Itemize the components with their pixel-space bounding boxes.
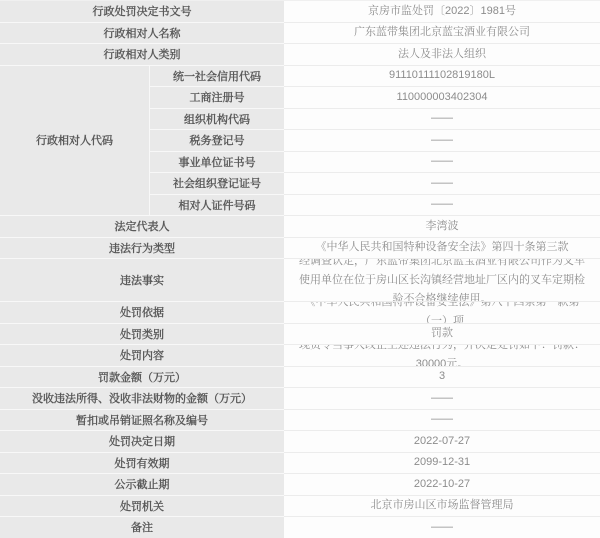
row-institution-certificate-number: 事业单位证书号 —— (150, 152, 600, 174)
field-label: 罚款金额（万元） (0, 367, 284, 389)
field-label: 行政处罚决定书文号 (0, 1, 284, 23)
field-value: 经调查认定，广东蓝带集团北京蓝宝酒业有限公司作为叉车使用单位在位于房山区长沟镇经… (284, 259, 600, 302)
field-value: 法人及非法人组织 (284, 44, 600, 66)
field-value: 110000003402304 (284, 87, 600, 109)
field-label: 处罚机关 (0, 496, 284, 518)
row-legal-representative: 法定代表人 李湾波 (0, 216, 600, 238)
field-label: 法定代表人 (0, 216, 284, 238)
row-penalty-valid-until: 处罚有效期 2099-12-31 (0, 453, 600, 475)
row-tax-registration-number: 税务登记号 —— (150, 130, 600, 152)
row-penalty-category: 处罚类别 罚款 (0, 324, 600, 346)
field-value: 91110111102819180L (284, 66, 600, 88)
row-decision-doc-number: 行政处罚决定书文号 京房市监处罚〔2022〕1981号 (0, 1, 600, 23)
party-code-section: 行政相对人代码 统一社会信用代码 91110111102819180L 工商注册… (0, 66, 600, 217)
row-unified-social-credit-code: 统一社会信用代码 91110111102819180L (150, 66, 600, 88)
field-value: 2022-07-27 (284, 431, 600, 453)
row-confiscation-amount: 没收违法所得、没收非法财物的金额（万元） —— (0, 388, 600, 410)
field-label: 事业单位证书号 (150, 152, 284, 174)
field-value: 2099-12-31 (284, 453, 600, 475)
field-value: —— (284, 109, 600, 131)
field-label: 没收违法所得、没收非法财物的金额（万元） (0, 388, 284, 410)
field-label: 行政相对人名称 (0, 23, 284, 45)
field-value: 北京市房山区市场监督管理局 (284, 496, 600, 518)
field-label: 行政相对人类别 (0, 44, 284, 66)
field-value: 2022-10-27 (284, 474, 600, 496)
field-value: 罚款 (284, 324, 600, 346)
row-social-org-registration-number: 社会组织登记证号 —— (150, 173, 600, 195)
field-value: 现责令当事人改正上述违法行为，并决定处罚如下：罚款：30000元。 (284, 345, 600, 367)
field-value: 京房市监处罚〔2022〕1981号 (284, 1, 600, 23)
field-label: 相对人证件号码 (150, 195, 284, 217)
field-label: 违法事实 (0, 259, 284, 302)
row-penalty-authority: 处罚机关 北京市房山区市场监督管理局 (0, 496, 600, 518)
penalty-info-table: 行政处罚决定书文号 京房市监处罚〔2022〕1981号 行政相对人名称 广东蓝带… (0, 0, 600, 538)
field-value: —— (284, 173, 600, 195)
row-publicity-deadline: 公示截止期 2022-10-27 (0, 474, 600, 496)
field-value: —— (284, 388, 600, 410)
field-label: 处罚决定日期 (0, 431, 284, 453)
row-organization-code: 组织机构代码 —— (150, 109, 600, 131)
field-label: 社会组织登记证号 (150, 173, 284, 195)
field-value: —— (284, 410, 600, 432)
field-label: 处罚类别 (0, 324, 284, 346)
row-party-name: 行政相对人名称 广东蓝带集团北京蓝宝酒业有限公司 (0, 23, 600, 45)
row-penalty-basis: 处罚依据 《中华人民共和国特种设备安全法》第八十四条第一款第（一）项 (0, 302, 600, 324)
row-license-suspension: 暂扣或吊销证照名称及编号 —— (0, 410, 600, 432)
field-value: —— (284, 195, 600, 217)
field-label: 税务登记号 (150, 130, 284, 152)
field-label: 备注 (0, 517, 284, 538)
field-value: —— (284, 517, 600, 538)
field-value: 李湾波 (284, 216, 600, 238)
field-label: 暂扣或吊销证照名称及编号 (0, 410, 284, 432)
field-label: 组织机构代码 (150, 109, 284, 131)
field-label: 统一社会信用代码 (150, 66, 284, 88)
row-party-id-number: 相对人证件号码 —— (150, 195, 600, 217)
field-label: 处罚内容 (0, 345, 284, 367)
row-penalty-content: 处罚内容 现责令当事人改正上述违法行为，并决定处罚如下：罚款：30000元。 (0, 345, 600, 367)
row-penalty-decision-date: 处罚决定日期 2022-07-27 (0, 431, 600, 453)
row-fine-amount: 罚款金额（万元） 3 (0, 367, 600, 389)
field-label: 处罚依据 (0, 302, 284, 324)
field-value: 3 (284, 367, 600, 389)
field-value: 《中华人民共和国特种设备安全法》第八十四条第一款第（一）项 (284, 302, 600, 324)
row-violation-facts: 违法事实 经调查认定，广东蓝带集团北京蓝宝酒业有限公司作为叉车使用单位在位于房山… (0, 259, 600, 302)
field-value: 广东蓝带集团北京蓝宝酒业有限公司 (284, 23, 600, 45)
row-violation-type: 违法行为类型 《中华人民共和国特种设备安全法》第四十条第三款 (0, 238, 600, 260)
row-remarks: 备注 —— (0, 517, 600, 538)
row-party-category: 行政相对人类别 法人及非法人组织 (0, 44, 600, 66)
field-label: 违法行为类型 (0, 238, 284, 260)
field-value: —— (284, 152, 600, 174)
field-value: 《中华人民共和国特种设备安全法》第四十条第三款 (284, 238, 600, 260)
field-value: —— (284, 130, 600, 152)
field-label: 工商注册号 (150, 87, 284, 109)
field-label: 处罚有效期 (0, 453, 284, 475)
row-business-registration-number: 工商注册号 110000003402304 (150, 87, 600, 109)
party-code-section-label: 行政相对人代码 (0, 66, 150, 217)
field-label: 公示截止期 (0, 474, 284, 496)
